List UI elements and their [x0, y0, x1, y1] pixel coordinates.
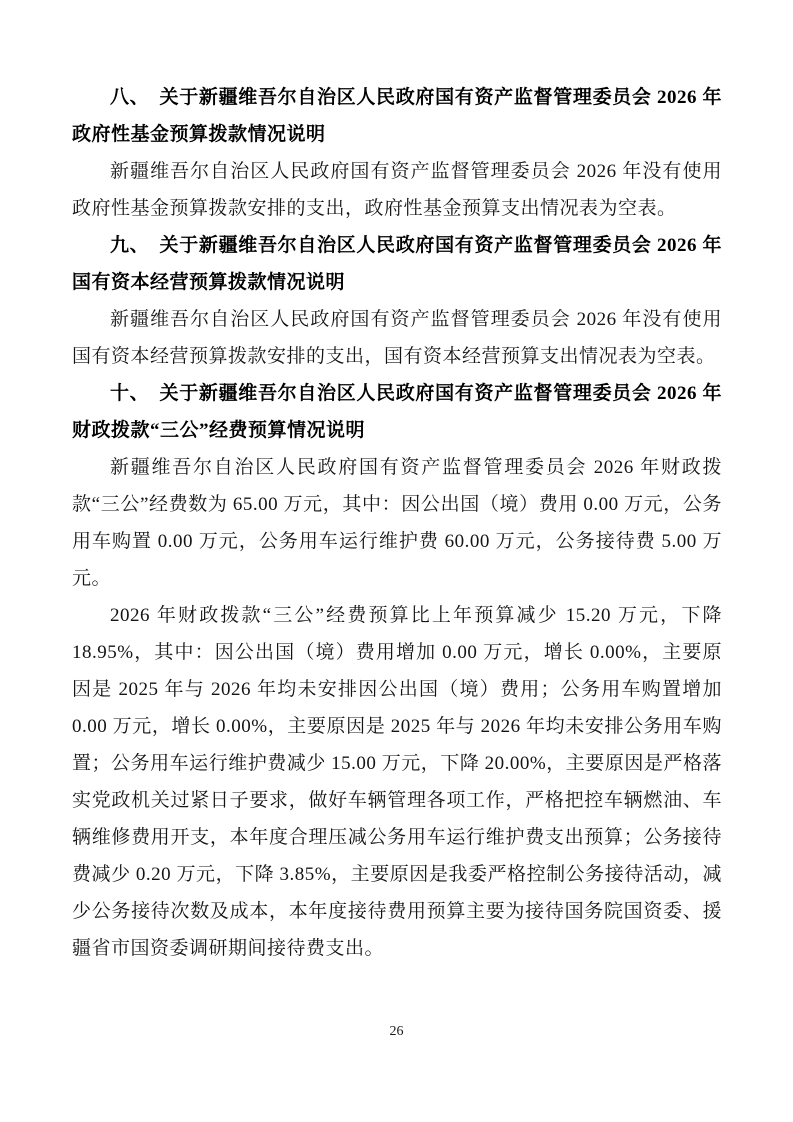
section-10-paragraph-2: 2026 年财政拨款“三公”经费预算比上年预算减少 15.20 万元，下降 18… — [72, 597, 722, 967]
section-9-paragraph: 新疆维吾尔自治区人民政府国有资产监督管理委员会 2026 年没有使用国有资本经营… — [72, 301, 722, 375]
document-page: 八、 关于新疆维吾尔自治区人民政府国有资产监督管理委员会 2026 年政府性基金… — [0, 0, 793, 1122]
section-10-paragraph-1: 新疆维吾尔自治区人民政府国有资产监督管理委员会 2026 年财政拨款“三公”经费… — [72, 449, 722, 597]
section-8-heading: 八、 关于新疆维吾尔自治区人民政府国有资产监督管理委员会 2026 年政府性基金… — [72, 79, 722, 153]
document-content: 八、 关于新疆维吾尔自治区人民政府国有资产监督管理委员会 2026 年政府性基金… — [72, 79, 722, 967]
page-number: 26 — [0, 1024, 793, 1040]
section-9-heading: 九、 关于新疆维吾尔自治区人民政府国有资产监督管理委员会 2026 年国有资本经… — [72, 227, 722, 301]
section-10-heading: 十、 关于新疆维吾尔自治区人民政府国有资产监督管理委员会 2026 年财政拨款“… — [72, 375, 722, 449]
section-8-paragraph: 新疆维吾尔自治区人民政府国有资产监督管理委员会 2026 年没有使用政府性基金预… — [72, 153, 722, 227]
